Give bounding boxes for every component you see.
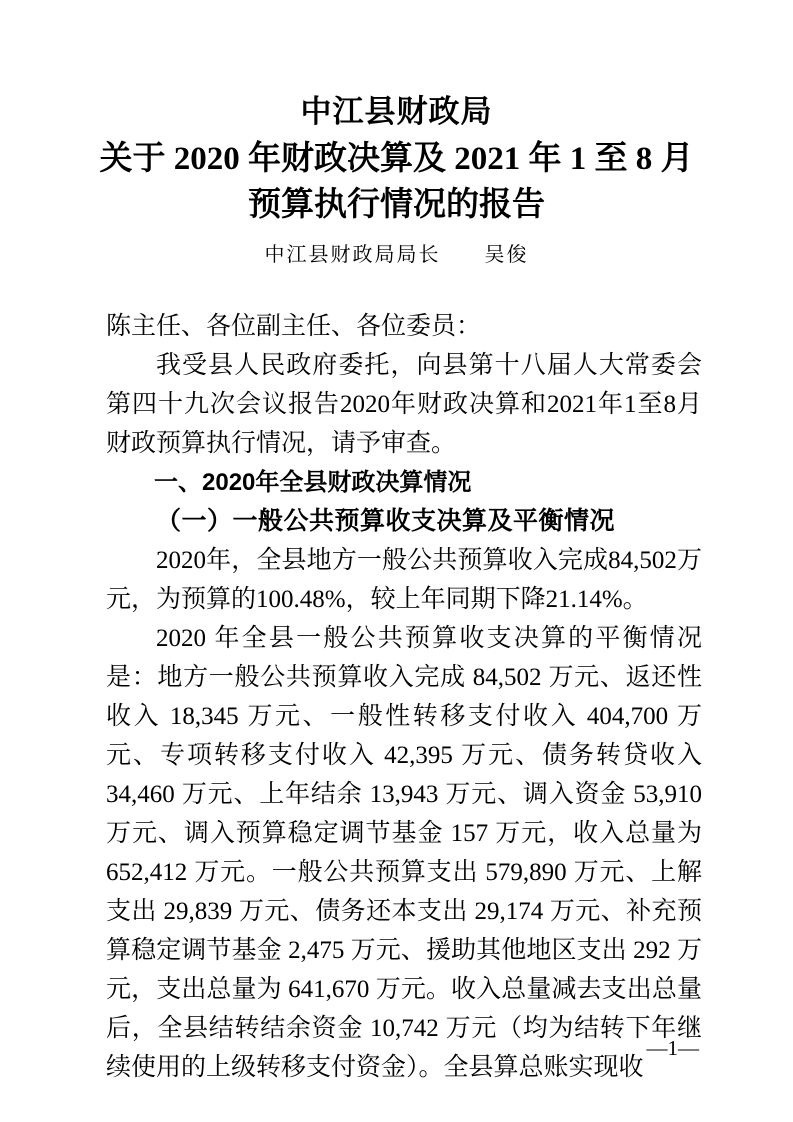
report-byline: 中江县财政局局长 吴俊 [0, 235, 793, 275]
salutation-line: 陈主任、各位副主任、各位委员： [106, 307, 702, 346]
page-number: —1— [647, 1033, 700, 1063]
section-1-1-heading: （一）一般公共预算收支决算及平衡情况 [106, 502, 702, 541]
report-title-line3: 预算执行情况的报告 [0, 183, 793, 228]
document-header: 中江县财政局 关于 2020 年财政决算及 2021 年 1 至 8 月 预算执… [0, 88, 793, 275]
revenue-paragraph: 2020年，全县地方一般公共预算收入完成84,502万元，为预算的100.48%… [106, 541, 702, 619]
document-body: 陈主任、各位副主任、各位委员： 我受县人民政府委托，向县第十八届人大常委会第四十… [106, 307, 702, 1087]
section-1-heading: 一、2020年全县财政决算情况 [106, 463, 702, 502]
balance-paragraph: 2020 年全县一般公共预算收支决算的平衡情况是：地方一般公共预算收入完成 84… [106, 619, 702, 1087]
intro-paragraph: 我受县人民政府委托，向县第十八届人大常委会第四十九次会议报告2020年财政决算和… [106, 346, 702, 463]
agency-title: 中江县财政局 [0, 88, 793, 136]
document-page: 中江县财政局 关于 2020 年财政决算及 2021 年 1 至 8 月 预算执… [0, 0, 793, 1122]
report-title-line2: 关于 2020 年财政决算及 2021 年 1 至 8 月 [0, 136, 793, 183]
